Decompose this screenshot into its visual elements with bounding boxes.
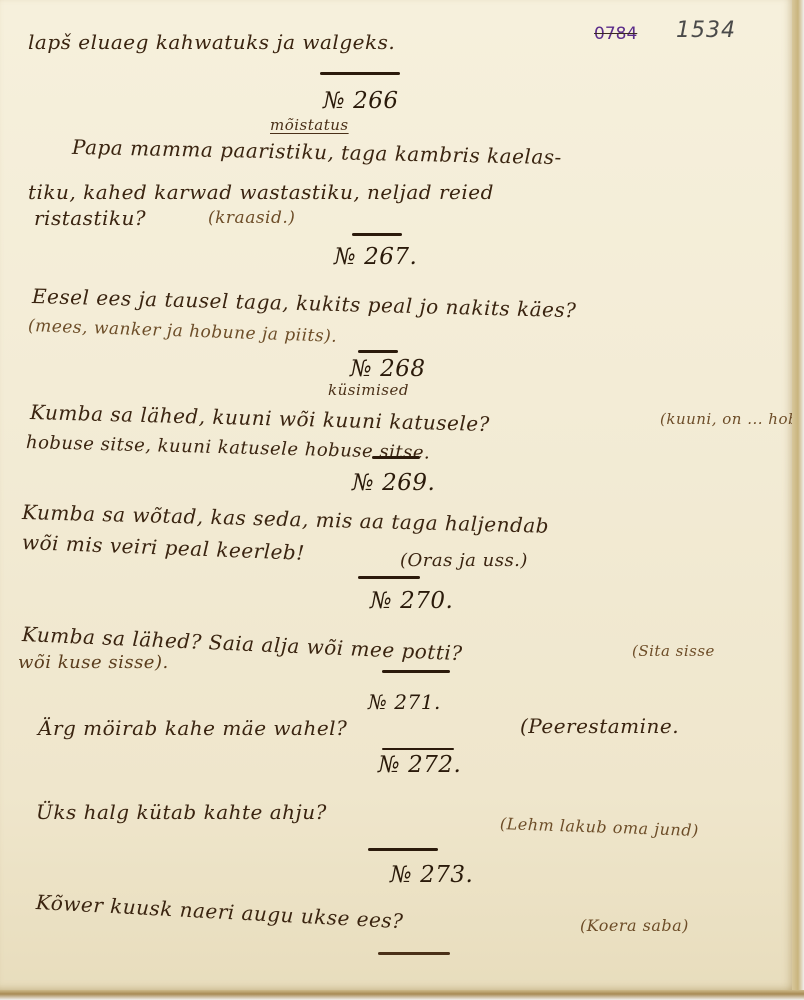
riddle-267-line-1: Eesel ees ja tausel taga, kukits peal jo… (32, 284, 577, 322)
riddle-271-line-1: Ärg möirab kahe mäe wahel? (38, 716, 347, 740)
riddle-266-answer: (kraasid.) (208, 208, 295, 228)
riddle-subheading-266: mõistatus (270, 116, 349, 134)
riddle-266-line-2: tiku, kahed karwad wastastiku, neljad re… (28, 180, 494, 204)
riddle-273-answer: (Koera saba) (580, 916, 689, 935)
riddle-272-answer: (Lehm lakub oma jund) (500, 814, 699, 840)
riddle-number-269: № 269. (352, 470, 435, 496)
page-edge-right (792, 0, 804, 1000)
riddle-266-line-1: Papa mamma paaristiku, taga kambris kael… (72, 135, 562, 169)
riddle-271-answer: (Peerestamine. (520, 714, 679, 738)
riddle-subheading-268: küsimised (328, 381, 409, 399)
separator-rule (368, 848, 438, 851)
riddle-272-line-1: Üks halg kütab kahte ahju? (36, 800, 327, 824)
separator-rule (382, 748, 454, 750)
separator-rule (320, 72, 400, 75)
separator-rule (378, 952, 450, 955)
riddle-number-272: № 272. (378, 752, 461, 778)
separator-rule (358, 576, 420, 579)
separator-rule (352, 233, 402, 236)
riddle-number-267: № 267. (334, 244, 417, 270)
separator-rule (358, 350, 398, 353)
manuscript-page: lapš eluaeg kahwatuks ja walgeks. 0784 1… (0, 0, 792, 990)
separator-rule (372, 456, 420, 459)
riddle-269-line-2: wõi mis veiri peal keerleb! (22, 530, 306, 565)
archive-number: 1534 (676, 18, 736, 43)
struck-archive-number: 0784 (594, 24, 637, 44)
riddle-266-line-3: ristastiku? (34, 206, 146, 230)
riddle-268-line-1: Kumba sa lähed, kuuni wõi kuuni katusele… (30, 400, 490, 436)
top-line-text: lapš eluaeg kahwatuks ja walgeks. (28, 30, 395, 54)
riddle-267-answer: (mees, wanker ja hobune ja piits). (28, 316, 338, 347)
riddle-number-268: № 268 (350, 356, 425, 382)
riddle-268-answer: (kuuni, on ... hobuse sitse.) (660, 410, 804, 428)
riddle-268-line-2: hobuse sitse, kuuni katusele hobuse sits… (26, 432, 431, 464)
riddle-270-line-2: wõi kuse sisse). (18, 652, 169, 673)
riddle-270-answer: (Sita sisse (632, 642, 715, 660)
riddle-number-266: № 266 (323, 88, 398, 114)
riddle-number-273: № 273. (390, 862, 473, 888)
riddle-number-271: № 271. (368, 690, 441, 714)
riddle-number-270: № 270. (370, 588, 453, 614)
riddle-273-line-1: Kõwer kuusk naeri augu ukse ees? (35, 890, 404, 933)
riddle-269-answer: (Oras ja uss.) (400, 550, 528, 571)
page-edge-bottom (0, 990, 804, 1000)
separator-rule (382, 670, 450, 673)
